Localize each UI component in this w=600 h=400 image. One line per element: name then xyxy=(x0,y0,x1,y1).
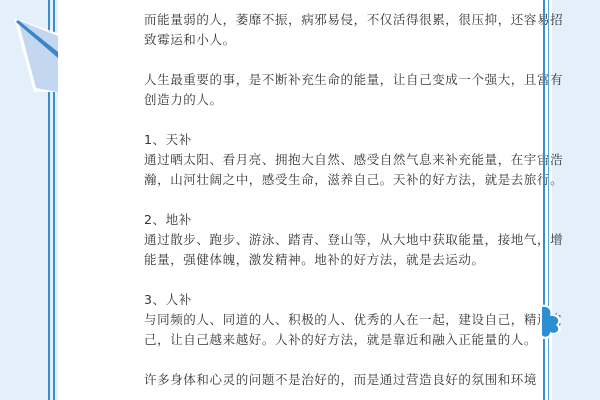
section-heading: 1、天补 xyxy=(144,130,574,150)
tail-paragraph-partial: 许多身体和心灵的问题不是治好的，而是通过营造良好的氛围和环境 xyxy=(144,370,574,390)
section-tianbu: 1、天补 通过晒太阳、看月亮、拥抱大自然、感受自然气息来补充能量，在宇宙浩瀚，山… xyxy=(144,130,574,190)
section-renbu: 3、人补 与同频的人、同道的人、积极的人、优秀的人在一起，建设自己，精进自己，让… xyxy=(144,290,574,350)
article-card: 而能量弱的人，萎靡不振，病邪易侵，不仅活得很累，很压抑，还容易招致霉运和小人。 … xyxy=(58,0,552,400)
paper-plane-icon xyxy=(10,12,62,92)
section-dibu: 2、地补 通过散步、跑步、游泳、踏青、登山等，从大地中获取能量，接地气，增能量，… xyxy=(144,210,574,270)
section-body: 通过散步、跑步、游泳、踏青、登山等，从大地中获取能量，接地气，增能量，强健体魄，… xyxy=(144,232,563,267)
flower-icon xyxy=(538,303,568,341)
section-heading: 3、人补 xyxy=(144,290,574,310)
article-content: 而能量弱的人，萎靡不振，病邪易侵，不仅活得很累，很压抑，还容易招致霉运和小人。 … xyxy=(144,10,574,390)
section-body: 与同频的人、同道的人、积极的人、优秀的人在一起，建设自己，精进自己，让自己越来越… xyxy=(144,312,563,347)
section-body: 通过晒太阳、看月亮、拥抱大自然、感受自然气息来补充能量，在宇宙浩瀚，山河壮阔之中… xyxy=(144,152,563,187)
section-heading: 2、地补 xyxy=(144,210,574,230)
intro-paragraph-2: 人生最重要的事，是不断补充生命的能量，让自己变成一个强大，且富有创造力的人。 xyxy=(144,70,574,110)
intro-paragraph-1: 而能量弱的人，萎靡不振，病邪易侵，不仅活得很累，很压抑，还容易招致霉运和小人。 xyxy=(144,10,574,50)
